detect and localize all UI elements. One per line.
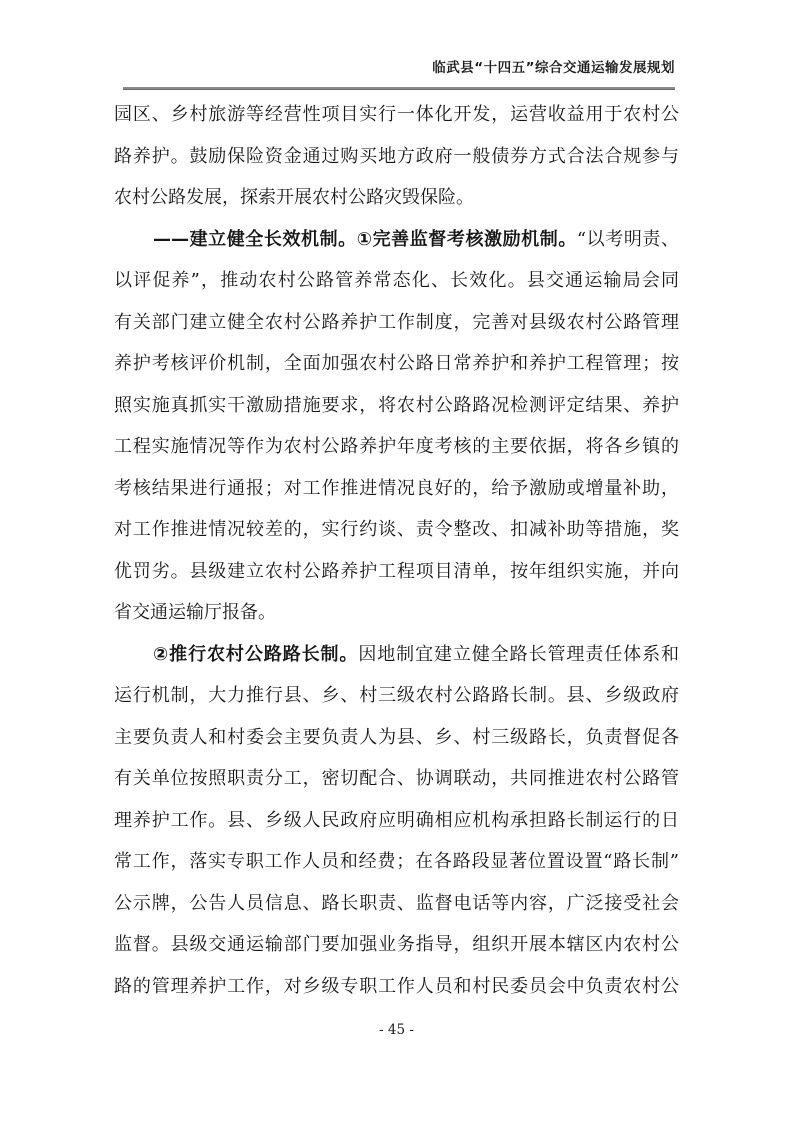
body-line: 以评促养”，推动农村公路管养常态化、长效化。县交通运输局会同 bbox=[114, 260, 679, 302]
document-body: 园区、乡村旅游等经营性项目实行一体化开发，运营收益用于农村公 路养护。鼓励保险资… bbox=[114, 94, 679, 1007]
body-line-paragraph-end: 农村公路发展，探索开展农村公路灾毁保险。 bbox=[114, 177, 679, 219]
body-line: 运行机制，大力推行县、乡、村三级农村公路路长制。县、乡级政府 bbox=[114, 675, 679, 717]
body-line: 对工作推进情况较差的，实行约谈、责令整改、扣减补助等措施，奖 bbox=[114, 509, 679, 551]
header-divider-rule bbox=[123, 87, 675, 90]
body-line-paragraph-start: ②推行农村公路路长制。因地制宜建立健全路长管理责任体系和 bbox=[114, 634, 679, 676]
body-line: 理养护工作。县、乡级人民政府应明确相应机构承担路长制运行的日 bbox=[114, 800, 679, 842]
body-line-paragraph-end: 省交通运输厅报备。 bbox=[114, 592, 679, 634]
body-line: 有关单位按照职责分工，密切配合、协调联动，共同推进农村公路管 bbox=[114, 758, 679, 800]
body-line: 主要负责人和村委会主要负责人为县、乡、村三级路长，负责督促各 bbox=[114, 717, 679, 759]
running-header-title: 临武县“十四五”综合交通运输发展规划 bbox=[123, 58, 675, 78]
body-line: 路养护。鼓励保险资金通过购买地方政府一般债券方式合法合规参与 bbox=[114, 136, 679, 178]
lead-rest-text: “以考明责、 bbox=[577, 229, 679, 250]
body-line: 路的管理养护工作，对乡级专职工作人员和村民委员会中负责农村公 bbox=[114, 966, 679, 1008]
page-number: - 45 - bbox=[0, 1022, 793, 1038]
bold-lead-text: ②推行农村公路路长制。 bbox=[153, 644, 358, 665]
body-line: 养护考核评价机制，全面加强农村公路日常养护和养护工程管理；按 bbox=[114, 343, 679, 385]
body-line: 照实施真抓实干激励措施要求，将农村公路路况检测评定结果、养护 bbox=[114, 385, 679, 427]
document-page: 临武县“十四五”综合交通运输发展规划 园区、乡村旅游等经营性项目实行一体化开发，… bbox=[0, 0, 793, 1122]
body-line: 优罚劣。县级建立农村公路养护工程项目清单，按年组织实施，并向 bbox=[114, 551, 679, 593]
body-line: 工程实施情况等作为农村公路养护年度考核的主要依据，将各乡镇的 bbox=[114, 426, 679, 468]
body-line: 常工作，落实专职工作人员和经费；在各路段显著位置设置“路长制” bbox=[114, 841, 679, 883]
lead-rest-text: 因地制宜建立健全路长管理责任体系和 bbox=[358, 644, 679, 665]
body-line: 园区、乡村旅游等经营性项目实行一体化开发，运营收益用于农村公 bbox=[114, 94, 679, 136]
bold-lead-text: ——建立健全长效机制。①完善监督考核激励机制。 bbox=[153, 229, 577, 250]
body-line: 考核结果进行通报；对工作推进情况良好的，给予激励或增量补助， bbox=[114, 468, 679, 510]
body-line: 监督。县级交通运输部门要加强业务指导，组织开展本辖区内农村公 bbox=[114, 924, 679, 966]
body-line: 有关部门建立健全农村公路养护工作制度，完善对县级农村公路管理 bbox=[114, 302, 679, 344]
body-line-paragraph-start: ——建立健全长效机制。①完善监督考核激励机制。“以考明责、 bbox=[114, 219, 679, 261]
body-line: 公示牌，公告人员信息、路长职责、监督电话等内容，广泛接受社会 bbox=[114, 883, 679, 925]
